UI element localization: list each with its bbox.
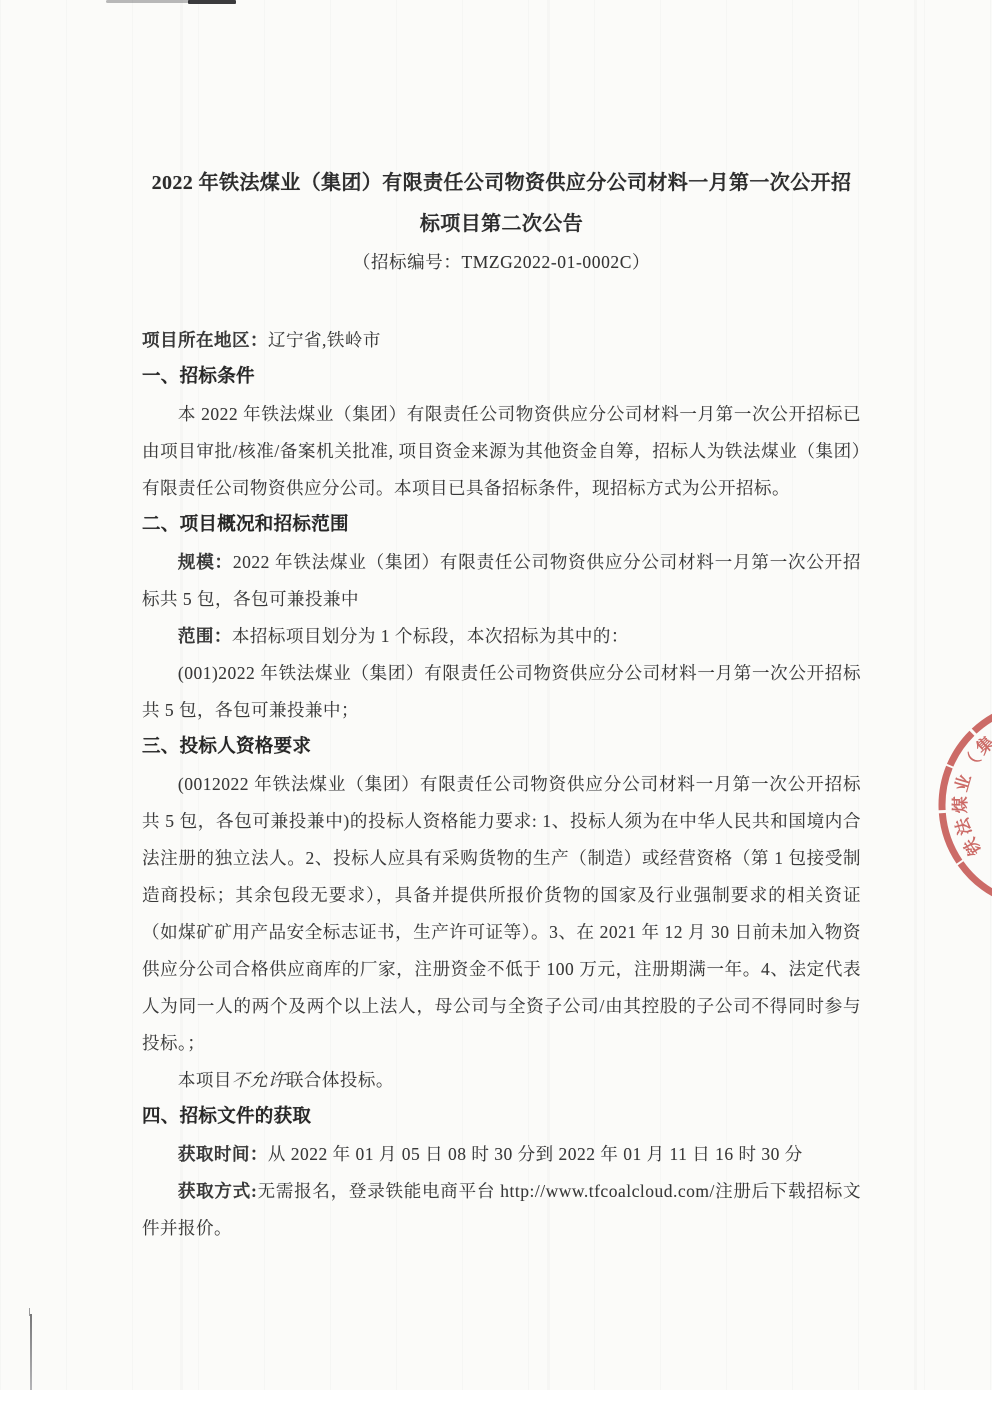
location-value: 辽宁省,铁岭市: [268, 330, 381, 350]
company-seal-stamp: 铁法煤业（集团） 2112: [913, 675, 992, 935]
obtain-time-value: 从 2022 年 01 月 05 日 08 时 30 分到 2022 年 01 …: [268, 1144, 803, 1164]
scan-artifact-top-smudge-light: [106, 0, 190, 3]
obtain-time-line: 获取时间：从 2022 年 01 月 05 日 08 时 30 分到 2022 …: [142, 1136, 861, 1173]
tender-number: （招标编号：TMZG2022-01-0002C）: [142, 245, 861, 279]
obtain-time-label: 获取时间：: [178, 1144, 268, 1164]
section1-heading: 一、招标条件: [142, 359, 861, 396]
section3-heading: 三、投标人资格要求: [142, 729, 861, 766]
scale-text: 2022 年铁法煤业（集团）有限责任公司物资供应分公司材料一月第一次公开招标共 …: [142, 552, 861, 609]
scale-paragraph: 规模：2022 年铁法煤业（集团）有限责任公司物资供应分公司材料一月第一次公开招…: [142, 544, 861, 618]
location-label: 项目所在地区：: [142, 330, 268, 350]
scan-artifact-vertical-line: [30, 1314, 32, 1390]
document-page: 2022 年铁法煤业（集团）有限责任公司物资供应分公司材料一月第一次公开招标项目…: [0, 0, 992, 1403]
scale-label: 规模：: [178, 552, 233, 572]
obtain-method-label: 获取方式:: [178, 1181, 257, 1201]
qualification-paragraph: (0012022 年铁法煤业（集团）有限责任公司物资供应分公司材料一月第一次公开…: [142, 766, 861, 1062]
consortium-note-suffix: 联合体投标。: [286, 1070, 394, 1090]
scope-paragraph: 范围：本招标项目划分为 1 个标段，本次招标为其中的：: [142, 618, 861, 655]
scanner-edge: [0, 1390, 992, 1403]
document-title: 2022 年铁法煤业（集团）有限责任公司物资供应分公司材料一月第一次公开招标项目…: [152, 163, 852, 245]
section4-heading: 四、招标文件的获取: [142, 1099, 861, 1136]
obtain-method-paragraph: 获取方式:无需报名，登录铁能电商平台 http://www.tfcoalclou…: [142, 1173, 861, 1247]
consortium-note-emphasis: 不允许: [232, 1070, 286, 1090]
project-location-line: 项目所在地区：辽宁省,铁岭市: [142, 322, 861, 359]
document-body: 2022 年铁法煤业（集团）有限责任公司物资供应分公司材料一月第一次公开招标项目…: [142, 163, 861, 1247]
consortium-note: 本项目不允许联合体投标。: [142, 1062, 861, 1099]
scope-text: 本招标项目划分为 1 个标段，本次招标为其中的：: [232, 626, 629, 646]
scope-label: 范围：: [178, 626, 232, 646]
scan-artifact-top-smudge-dark: [188, 0, 236, 4]
lot-paragraph: (001)2022 年铁法煤业（集团）有限责任公司物资供应分公司材料一月第一次公…: [142, 655, 861, 729]
section2-heading: 二、项目概况和招标范围: [142, 507, 861, 544]
consortium-note-prefix: 本项目: [178, 1070, 232, 1090]
section1-paragraph: 本 2022 年铁法煤业（集团）有限责任公司物资供应分公司材料一月第一次公开招标…: [142, 396, 861, 507]
